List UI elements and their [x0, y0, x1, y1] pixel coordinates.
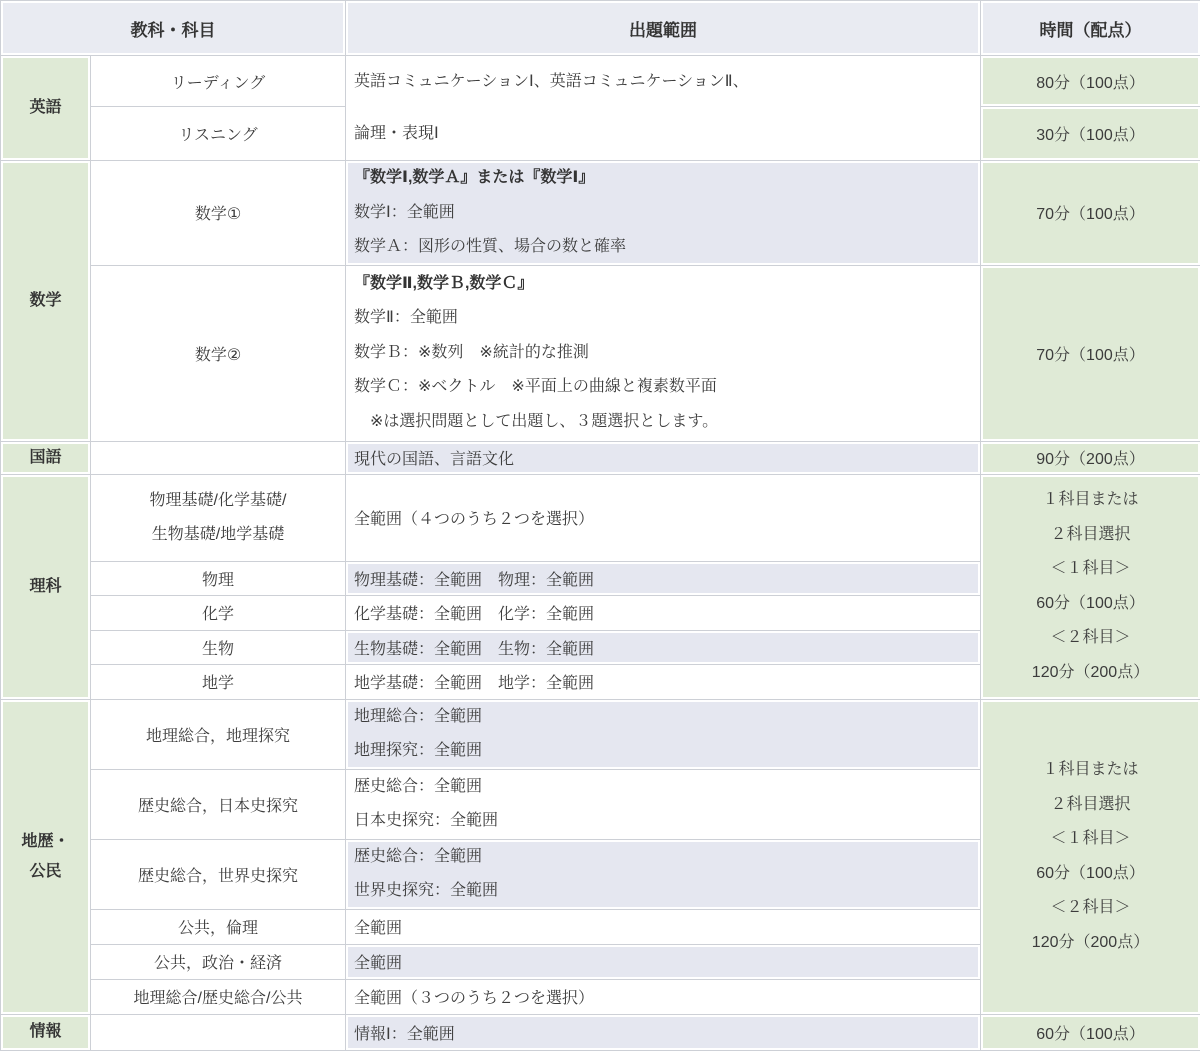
table-row: 国語 現代の国語、言語文化 90分（200点） — [1, 441, 1200, 474]
range-civics-politics: 全範囲 — [346, 944, 981, 979]
subject-japanese-history: 歴史総合，日本史探究 — [91, 769, 346, 839]
range-line: 数学Ｃ：※ベクトル ※平面上の曲線と複素数平面 — [354, 370, 970, 405]
header-row: 教科・科目 出題範囲 時間（配点） — [1, 1, 1200, 56]
time-line: 120分（200点） — [981, 926, 1200, 961]
range-math1: 『数学Ⅰ,数学Ａ』または『数学Ⅰ』 数学Ⅰ：全範囲 数学Ａ：図形の性質、場合の数… — [346, 161, 981, 266]
category-line: 公民 — [1, 857, 90, 887]
subject-line: 生物基礎/地学基礎 — [91, 518, 345, 552]
header-range: 出題範囲 — [346, 1, 981, 56]
time-math2: 70分（100点） — [981, 265, 1200, 441]
range-line: ※は選択問題として出題し、３題選択とします。 — [354, 405, 970, 440]
time-line: ＜２科目＞ — [981, 621, 1200, 656]
time-social: １科目または ２科目選択 ＜１科目＞ 60分（100点） ＜２科目＞ 120分（… — [981, 699, 1200, 1014]
range-social-combined: 全範囲（３つのうち２つを選択） — [346, 979, 981, 1014]
subject-math2: 数学② — [91, 265, 346, 441]
subject-cell-empty — [91, 441, 346, 474]
range-line: 英語コミュニケーションⅠ、英語コミュニケーションⅡ、 — [354, 56, 970, 108]
subject-math1: 数学① — [91, 161, 346, 266]
subject-world-history: 歴史総合，世界史探究 — [91, 839, 346, 909]
subject-chemistry: 化学 — [91, 595, 346, 630]
range-science-basics: 全範囲（４つのうち２つを選択） — [346, 474, 981, 561]
subject-line: 物理基礎/化学基礎/ — [91, 484, 345, 518]
time-line: ＜１科目＞ — [981, 822, 1200, 857]
range-civics-ethics: 全範囲 — [346, 909, 981, 944]
table-row: 情報 情報Ⅰ：全範囲 60分（100点） — [1, 1014, 1200, 1050]
range-information: 情報Ⅰ：全範囲 — [346, 1014, 981, 1050]
subject-physics: 物理 — [91, 561, 346, 595]
subject-science-basics: 物理基礎/化学基礎/ 生物基礎/地学基礎 — [91, 474, 346, 561]
category-information: 情報 — [1, 1014, 91, 1050]
table-row: 英語 リーディング 英語コミュニケーションⅠ、英語コミュニケーションⅡ、 論理・… — [1, 56, 1200, 107]
category-social: 地歴・ 公民 — [1, 699, 91, 1014]
table-row: 理科 物理基礎/化学基礎/ 生物基礎/地学基礎 全範囲（４つのうち２つを選択） … — [1, 474, 1200, 561]
time-information: 60分（100点） — [981, 1014, 1200, 1050]
category-english: 英語 — [1, 56, 91, 161]
time-line: １科目または — [981, 483, 1200, 518]
range-geology: 地学基礎：全範囲 地学：全範囲 — [346, 664, 981, 699]
time-line: 60分（100点） — [981, 587, 1200, 622]
range-line: 数学Ａ：図形の性質、場合の数と確率 — [354, 230, 970, 265]
time-science: １科目または ２科目選択 ＜１科目＞ 60分（100点） ＜２科目＞ 120分（… — [981, 474, 1200, 699]
range-math2: 『数学Ⅱ,数学Ｂ,数学Ｃ』 数学Ⅱ：全範囲 数学Ｂ：※数列 ※統計的な推測 数学… — [346, 265, 981, 441]
category-line: 地歴・ — [1, 827, 90, 857]
range-line: 世界史探究：全範囲 — [354, 874, 970, 909]
category-math: 数学 — [1, 161, 91, 442]
range-geography: 地理総合：全範囲 地理探究：全範囲 — [346, 699, 981, 769]
time-line: ＜１科目＞ — [981, 552, 1200, 587]
range-line: 数学Ⅱ：全範囲 — [354, 301, 970, 336]
category-kokugo: 国語 — [1, 441, 91, 474]
header-time: 時間（配点） — [981, 1, 1200, 56]
time-math1: 70分（100点） — [981, 161, 1200, 266]
category-science: 理科 — [1, 474, 91, 699]
time-listening: 30分（100点） — [981, 107, 1200, 161]
range-line: 数学Ｂ：※数列 ※統計的な推測 — [354, 336, 970, 371]
range-kokugo: 現代の国語、言語文化 — [346, 441, 981, 474]
range-physics: 物理基礎：全範囲 物理：全範囲 — [346, 561, 981, 595]
range-english: 英語コミュニケーションⅠ、英語コミュニケーションⅡ、 論理・表現Ⅰ — [346, 56, 981, 161]
range-line: 論理・表現Ⅰ — [354, 108, 970, 160]
range-line: 歴史総合：全範囲 — [354, 770, 970, 805]
range-line: 歴史総合：全範囲 — [354, 840, 970, 875]
range-line: 数学Ⅰ：全範囲 — [354, 196, 970, 231]
subject-reading: リーディング — [91, 56, 346, 107]
range-line: 地理探究：全範囲 — [354, 734, 970, 769]
subject-biology: 生物 — [91, 630, 346, 664]
time-kokugo: 90分（200点） — [981, 441, 1200, 474]
table-row: 数学② 『数学Ⅱ,数学Ｂ,数学Ｃ』 数学Ⅱ：全範囲 数学Ｂ：※数列 ※統計的な推… — [1, 265, 1200, 441]
exam-subjects-table: 教科・科目 出題範囲 時間（配点） 英語 リーディング 英語コミュニケーションⅠ… — [0, 0, 1200, 1051]
table-row: 数学 数学① 『数学Ⅰ,数学Ａ』または『数学Ⅰ』 数学Ⅰ：全範囲 数学Ａ：図形の… — [1, 161, 1200, 266]
time-line: ＜２科目＞ — [981, 891, 1200, 926]
range-line: 地理総合：全範囲 — [354, 700, 970, 735]
subject-social-combined: 地理総合/歴史総合/公共 — [91, 979, 346, 1014]
range-biology: 生物基礎：全範囲 生物：全範囲 — [346, 630, 981, 664]
subject-civics-ethics: 公共，倫理 — [91, 909, 346, 944]
table-row: 地歴・ 公民 地理総合，地理探究 地理総合：全範囲 地理探究：全範囲 １科目また… — [1, 699, 1200, 769]
subject-cell-empty — [91, 1014, 346, 1050]
range-chemistry: 化学基礎：全範囲 化学：全範囲 — [346, 595, 981, 630]
time-line: 120分（200点） — [981, 656, 1200, 691]
time-line: 60分（100点） — [981, 857, 1200, 892]
header-subject: 教科・科目 — [1, 1, 346, 56]
subject-geography: 地理総合，地理探究 — [91, 699, 346, 769]
time-line: ２科目選択 — [981, 518, 1200, 553]
subject-civics-politics: 公共，政治・経済 — [91, 944, 346, 979]
range-line: 日本史探究：全範囲 — [354, 804, 970, 839]
range-world-history: 歴史総合：全範囲 世界史探究：全範囲 — [346, 839, 981, 909]
range-title: 『数学Ⅱ,数学Ｂ,数学Ｃ』 — [354, 267, 970, 302]
range-title: 『数学Ⅰ,数学Ａ』または『数学Ⅰ』 — [354, 161, 970, 196]
subject-geology: 地学 — [91, 664, 346, 699]
time-line: ２科目選択 — [981, 788, 1200, 823]
time-line: １科目または — [981, 753, 1200, 788]
subject-listening: リスニング — [91, 107, 346, 161]
time-reading: 80分（100点） — [981, 56, 1200, 107]
range-japanese-history: 歴史総合：全範囲 日本史探究：全範囲 — [346, 769, 981, 839]
